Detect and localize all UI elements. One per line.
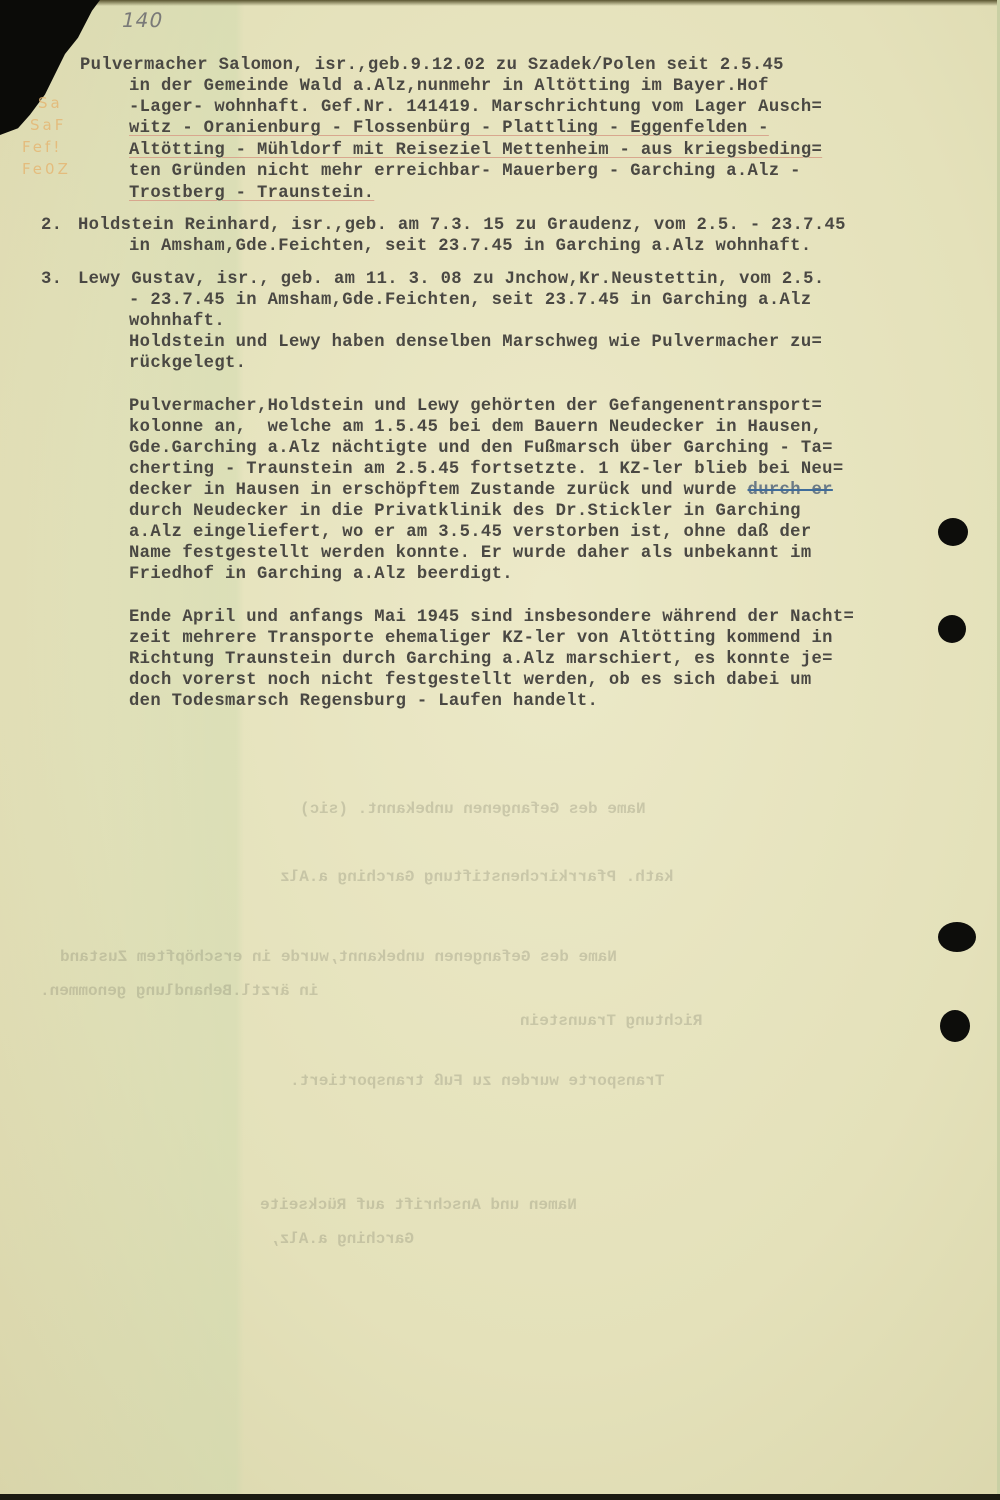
paragraph-1-line-1: Pulvermacher,Holdstein und Lewy gehörten… bbox=[129, 397, 822, 418]
entry-3-number: 3. bbox=[41, 270, 62, 291]
bleed-through-line: Name des Gefangenen unbekannt,wurde in e… bbox=[60, 948, 617, 966]
entry-2-number: 2. bbox=[41, 216, 62, 237]
margin-note: Sa bbox=[22, 92, 102, 114]
entry-3-line-1: Lewy Gustav, isr., geb. am 11. 3. 08 zu … bbox=[78, 270, 825, 291]
ink-blot bbox=[938, 518, 968, 546]
paragraph-2-line-5: den Todesmarsch Regensburg - Laufen hand… bbox=[129, 692, 598, 713]
entry-1-line-6: ten Gründen nicht mehr erreichbar- Mauer… bbox=[129, 162, 801, 183]
entry-1-line-3: -Lager- wohnhaft. Gef.Nr. 141419. Marsch… bbox=[129, 98, 822, 119]
ink-blot bbox=[938, 615, 966, 643]
paragraph-1-line-7: a.Alz eingeliefert, wo er am 3.5.45 vers… bbox=[129, 523, 812, 544]
paragraph-1-line-8: Name festgestellt werden konnte. Er wurd… bbox=[129, 544, 812, 565]
entry-3-line-4: Holdstein und Lewy haben denselben Marsc… bbox=[129, 333, 822, 354]
paragraph-2-line-2: zeit mehrere Transporte ehemaliger KZ-le… bbox=[129, 629, 833, 650]
margin-annotations: Sa SaF Fef! Fe0Z bbox=[22, 92, 102, 180]
entry-1-line-7: Trostberg - Traunstein. bbox=[129, 184, 374, 205]
paragraph-1-line-5: decker in Hausen in erschöpftem Zustande… bbox=[129, 481, 833, 502]
bleed-through-line: Garching a.Alz, bbox=[270, 1230, 414, 1248]
line-text: decker in Hausen in erschöpftem Zustande… bbox=[129, 481, 748, 500]
entry-1-line-4: witz - Oranienburg - Flossenbürg - Platt… bbox=[129, 119, 769, 140]
paragraph-2-line-4: doch vorerst noch nicht festgestellt wer… bbox=[129, 671, 812, 692]
bleed-through-line: in ärztl.Behandlung genommen. bbox=[40, 982, 318, 1000]
bleed-through-line: Richtung Traunstein bbox=[520, 1012, 702, 1030]
bleed-through-line: Transporte wurden zu Fuß transportiert. bbox=[290, 1072, 664, 1090]
margin-note: Fe0Z bbox=[22, 158, 102, 180]
bleed-through-line: kath. Pfarrkirchenstiftung Garching a.Al… bbox=[280, 868, 674, 886]
entry-2-line-2: in Amsham,Gde.Feichten, seit 23.7.45 in … bbox=[129, 237, 812, 258]
paragraph-1-line-2: kolonne an, welche am 1.5.45 bei dem Bau… bbox=[129, 418, 822, 439]
entry-1-line-2: in der Gemeinde Wald a.Alz,nunmehr in Al… bbox=[129, 77, 769, 98]
struck-text: durch er bbox=[748, 481, 833, 500]
paragraph-1-line-6: durch Neudecker in die Privatklinik des … bbox=[129, 502, 801, 523]
entry-1-line-1: Pulvermacher Salomon, isr.,geb.9.12.02 z… bbox=[80, 56, 784, 77]
entry-1-line-5: Altötting - Mühldorf mit Reiseziel Mette… bbox=[129, 141, 822, 162]
entry-3-line-2: - 23.7.45 in Amsham,Gde.Feichten, seit 2… bbox=[129, 291, 812, 312]
paragraph-2-line-1: Ende April und anfangs Mai 1945 sind ins… bbox=[129, 608, 854, 629]
document-page: 140 Sa SaF Fef! Fe0Z Pulvermacher Salomo… bbox=[0, 0, 1000, 1500]
paragraph-2-line-3: Richtung Traunstein durch Garching a.Alz… bbox=[129, 650, 833, 671]
entry-3-line-5: rückgelegt. bbox=[129, 354, 246, 375]
margin-note: SaF bbox=[22, 114, 102, 136]
margin-note: Fef! bbox=[22, 136, 102, 158]
bleed-through-line: Namen und Anschrift auf Rückseite bbox=[260, 1196, 577, 1214]
scan-top-edge bbox=[0, 0, 1000, 6]
entry-2-line-1: Holdstein Reinhard, isr.,geb. am 7.3. 15… bbox=[78, 216, 846, 237]
punch-hole bbox=[940, 1010, 970, 1042]
bleed-through-line: Name des Gefangenen unbekannt. (sic) bbox=[300, 800, 646, 818]
punch-hole bbox=[938, 922, 976, 952]
paragraph-1-line-4: cherting - Traunstein am 2.5.45 fortsetz… bbox=[129, 460, 844, 481]
scan-bottom-edge bbox=[0, 1494, 1000, 1500]
entry-3-line-3: wohnhaft. bbox=[129, 312, 225, 333]
folio-number: 140 bbox=[119, 8, 165, 32]
paragraph-1-line-3: Gde.Garching a.Alz nächtigte und den Fuß… bbox=[129, 439, 833, 460]
paragraph-1-line-9: Friedhof in Garching a.Alz beerdigt. bbox=[129, 565, 513, 586]
